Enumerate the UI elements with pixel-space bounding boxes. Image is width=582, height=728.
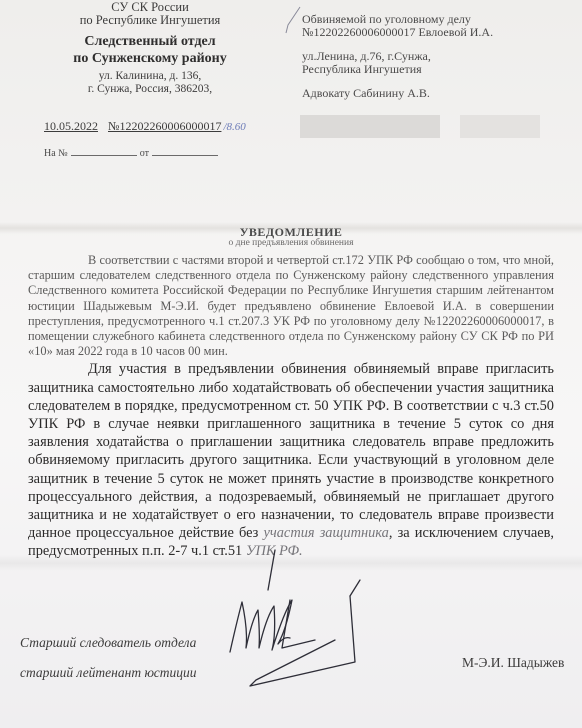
- recipient-2: Адвокату Сабинину А.В.: [302, 87, 572, 100]
- ref-from-label: от: [140, 148, 149, 159]
- body-paragraph-2: Для участия в предъявлении обвинения обв…: [28, 360, 554, 560]
- body-paragraph-1: В соответствии с частями второй и четвер…: [28, 253, 554, 359]
- document-page: СК России СУ СК России по Республике Инг…: [0, 0, 582, 728]
- title-subtitle: о дне предъявления обвинения: [0, 238, 582, 248]
- paragraph-2-main: Для участия в предъявлении обвинения обв…: [28, 361, 554, 541]
- signatory-name: М-Э.И. Шадыжев: [462, 655, 564, 671]
- issuer-address-line-1: ул. Калинина, д. 136,: [50, 70, 250, 83]
- ref-date-blank: [152, 155, 218, 156]
- redaction-block-1: [300, 115, 440, 138]
- registration-line: 10.05.2022 №12202260006000017 /8.60: [44, 119, 246, 134]
- recipients-header: Обвиняемой по уголовному делу №122022600…: [302, 13, 572, 112]
- registration-number: №12202260006000017: [108, 119, 221, 134]
- handwritten-note: /8.60: [223, 121, 245, 133]
- document-body: В соответствии с частями второй и четвер…: [28, 253, 554, 561]
- recipient-1-line-2: №12202260006000017 Евлоевой И.А.: [302, 25, 493, 39]
- redaction-block-2: [460, 115, 540, 138]
- issuer-address-line-2: г. Сунжа, Россия, 386203,: [50, 83, 250, 96]
- issuer-dept-line-2: по Сунженскому району: [50, 50, 250, 67]
- paragraph-2-faint: участия защитника: [263, 525, 388, 541]
- registration-date: 10.05.2022: [44, 119, 98, 134]
- ref-number-blank: [71, 155, 137, 156]
- handwritten-signature-icon: [160, 540, 400, 700]
- issuer-org-line-2: по Республике Ингушетия: [50, 14, 250, 27]
- issuer-dept-line-1: Следственный отдел: [50, 33, 250, 50]
- reference-line: На № от: [44, 148, 221, 159]
- document-title: УВЕДОМЛЕНИЕ о дне предъявления обвинения: [0, 226, 582, 248]
- issuer-header: СК России СУ СК России по Республике Инг…: [50, 0, 250, 95]
- pen-check-mark-icon: [282, 5, 302, 35]
- recipient-address-line-2: Республика Ингушетия: [302, 62, 422, 76]
- ref-label: На №: [44, 148, 68, 159]
- title-main: УВЕДОМЛЕНИЕ: [0, 226, 582, 238]
